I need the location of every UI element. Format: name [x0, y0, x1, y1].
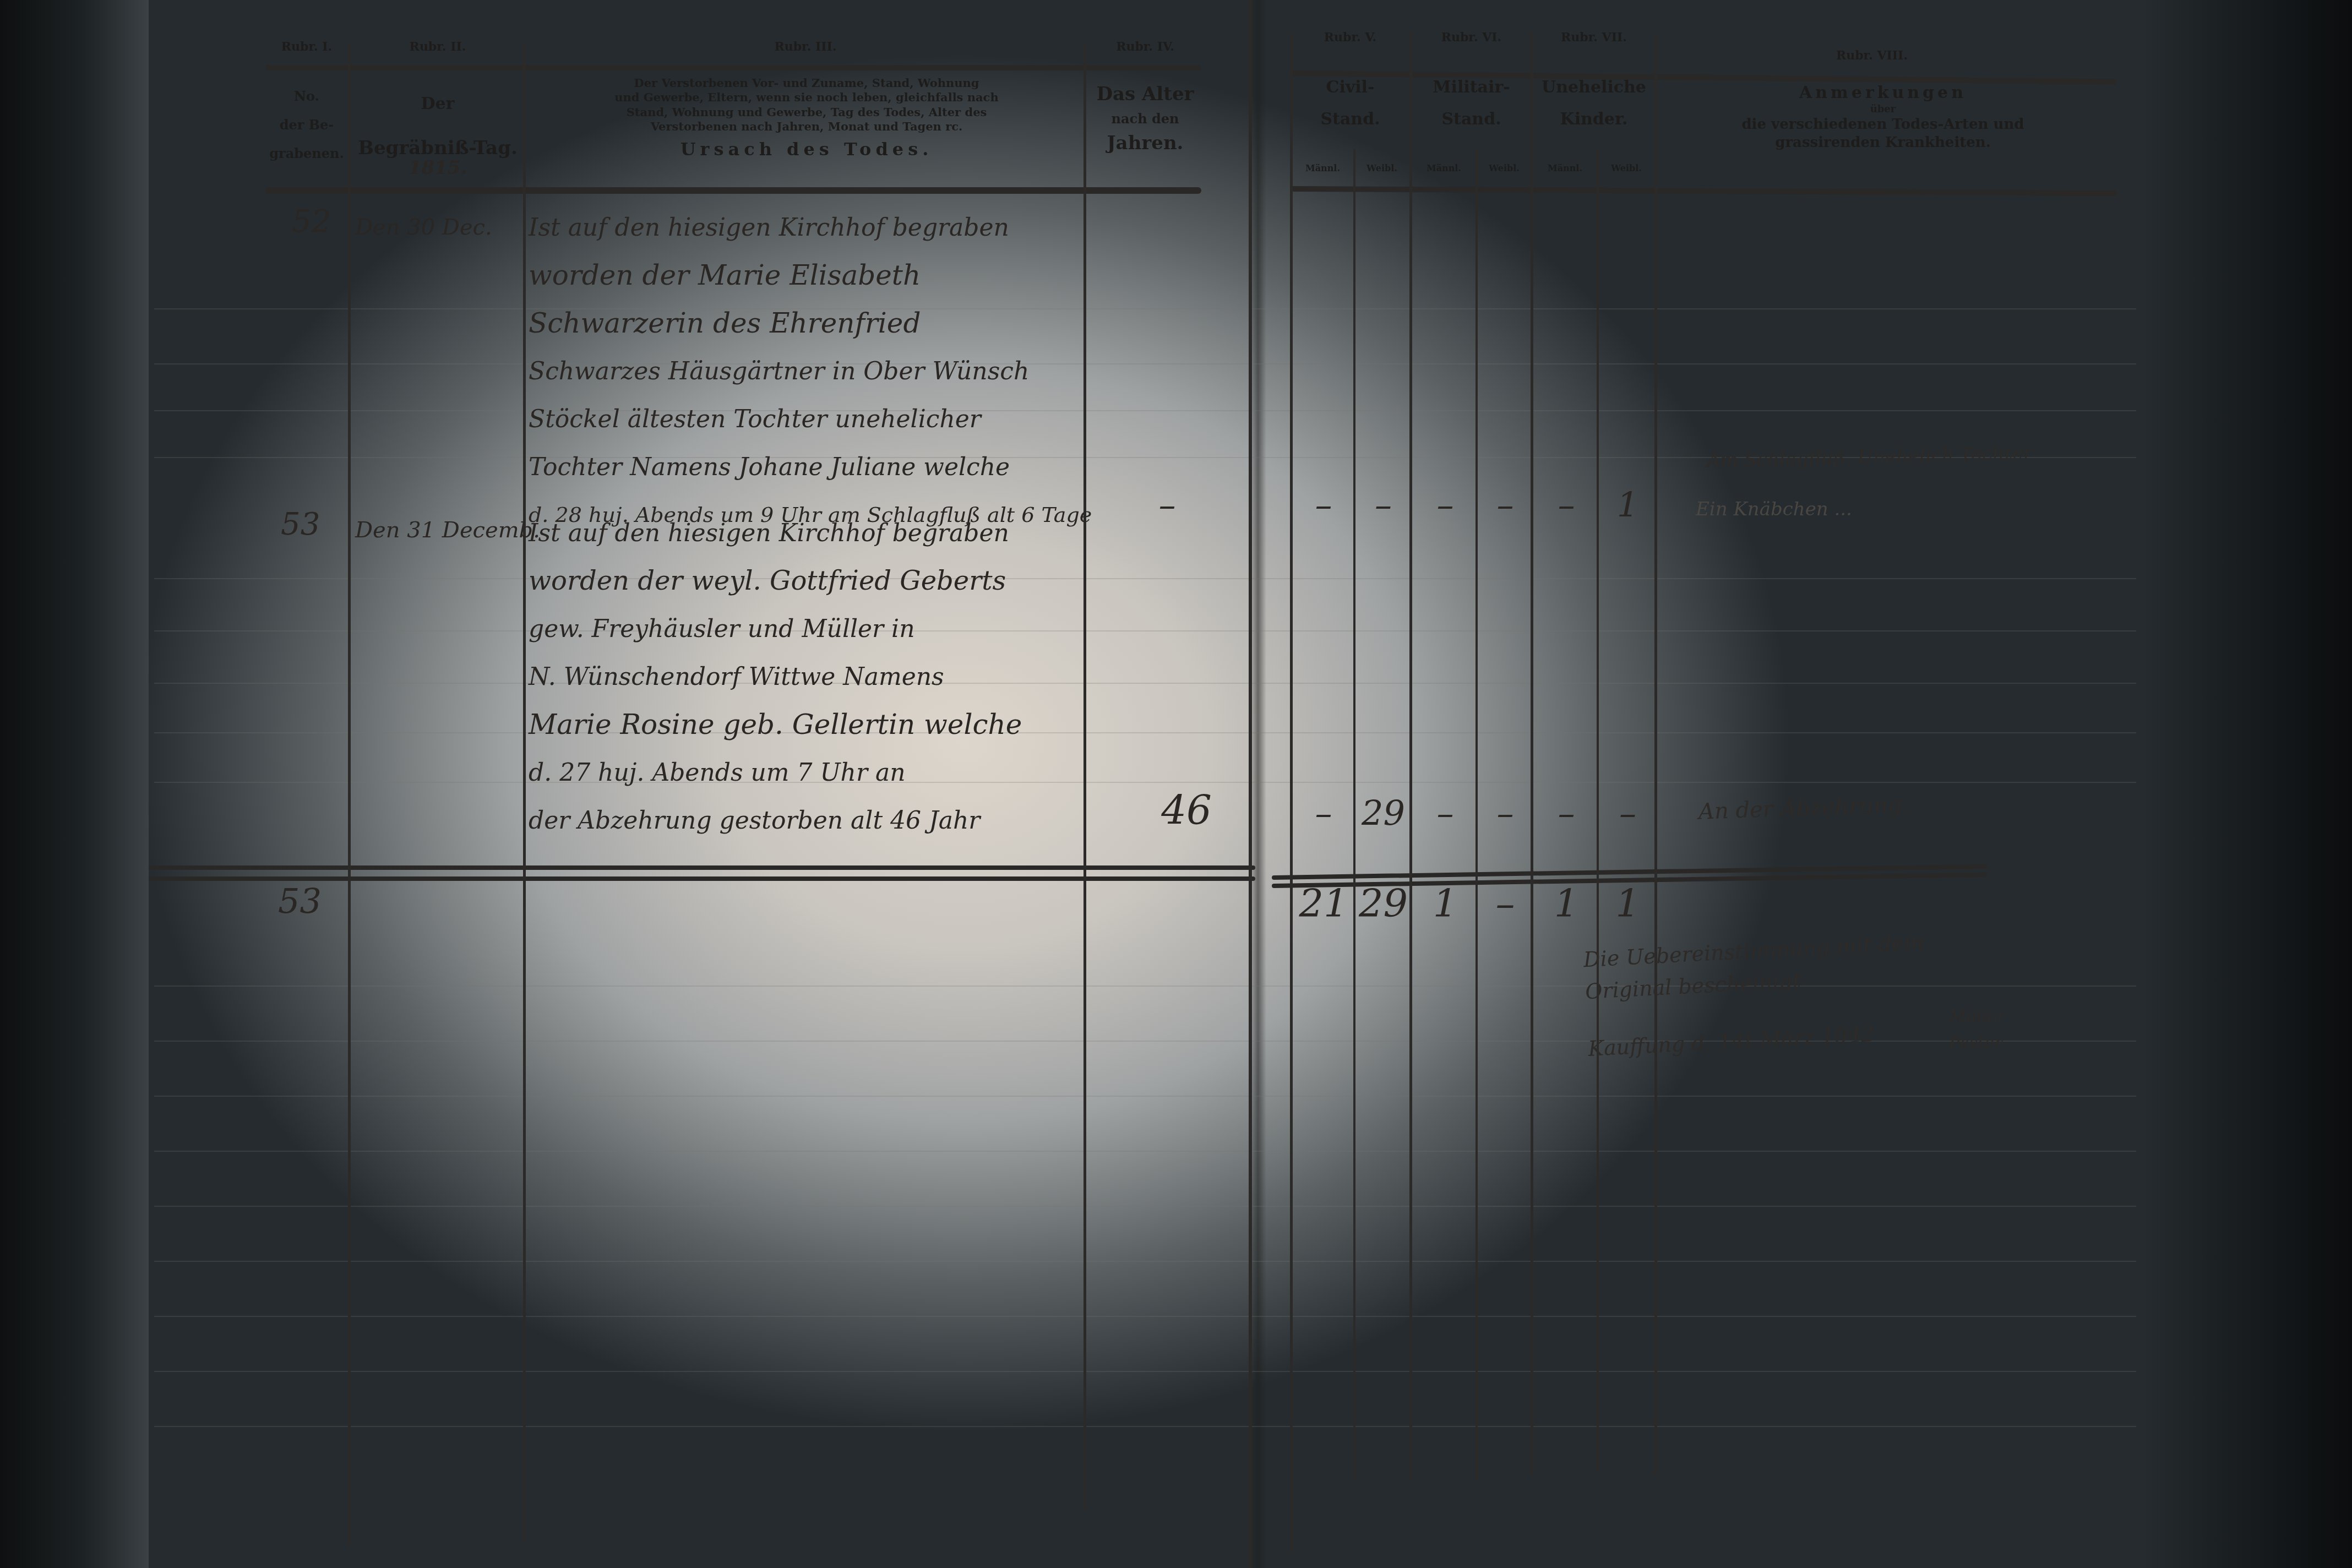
entry-53-text: Ist auf den hiesigen Kirchhof begraben w…: [529, 509, 1022, 845]
sub-civil-male: Männl.: [1291, 163, 1354, 174]
stat-cell: –: [1480, 881, 1531, 926]
signature: Müller Pastor: [1949, 1008, 2005, 1053]
stat-cell: 1: [1536, 881, 1597, 926]
entry-53-age: 46: [1145, 787, 1228, 834]
stat-cell: –: [1415, 484, 1476, 525]
certification-note: Die Uebereinstimmung mit dem Original be…: [1583, 930, 1929, 1061]
entry-53-number: 53: [281, 507, 320, 542]
sub-civil-female: Weibl.: [1354, 163, 1409, 174]
col-8-header: Anmerkungen über die verschiedenen Todes…: [1668, 83, 2098, 151]
rubric-5: Rubr. V.: [1291, 30, 1409, 46]
film-edge-left: [0, 0, 149, 1568]
entry-52-age: –: [1134, 484, 1200, 525]
rubric-4: Rubr. IV.: [1087, 40, 1203, 55]
stat-cell: –: [1480, 793, 1531, 833]
entry-52-burial-day: Den 30 Dec.: [355, 204, 492, 252]
stat-cell: 1: [1601, 881, 1654, 926]
stat-cell: 29: [1357, 881, 1409, 926]
col-6-header: Militair- Stand.: [1412, 77, 1531, 129]
col-4-header: Das Alter nach den Jahren.: [1087, 83, 1203, 155]
stat-cell: –: [1415, 793, 1476, 833]
stat-cell: –: [1294, 793, 1353, 833]
rubric-3: Rubr. III.: [527, 40, 1084, 55]
rubric-8: Rubr. VIII.: [1762, 48, 1982, 64]
register-scan: Rubr. I. Rubr. II. Rubr. III. Rubr. IV. …: [0, 0, 2352, 1568]
total-burials: 53: [278, 881, 322, 921]
entry-52-number: 52: [292, 204, 331, 239]
stat-cell: –: [1480, 484, 1531, 525]
col-7-header: Uneheliche Kinder.: [1533, 77, 1654, 129]
stat-cell: –: [1357, 484, 1409, 525]
entry-52-remark: Am Schlagfluß. Unehelich Tochter: [1707, 442, 2033, 472]
col-1-header: No. der Be- grabenen.: [265, 88, 348, 162]
entry-52-remark-2: Ein Knäbchen ...: [1696, 498, 1852, 520]
stat-cell: 1: [1601, 484, 1654, 525]
stat-cell: –: [1536, 793, 1597, 833]
sub-illegit-female: Weibl.: [1599, 163, 1654, 174]
stat-cell: 1: [1415, 881, 1476, 926]
stat-cell: –: [1536, 484, 1597, 525]
sub-military-female: Weibl.: [1478, 163, 1531, 174]
col-2-header: Der Begräbniß-Tag. 1815.: [352, 94, 523, 180]
stat-cell: 29: [1357, 793, 1409, 833]
entry-52-text: Ist auf den hiesigen Kirchhof begraben w…: [529, 204, 1092, 539]
col-3-header: Der Verstorbenen Vor- und Zuname, Stand,…: [531, 76, 1082, 160]
stat-cell: 21: [1294, 881, 1353, 926]
sub-military-male: Männl.: [1412, 163, 1476, 174]
stat-cell: –: [1601, 793, 1654, 833]
entry-53-remark: An der Abzehrung.: [1698, 792, 1909, 824]
stat-cell: –: [1294, 484, 1353, 525]
rubric-7: Rubr. VII.: [1533, 30, 1654, 46]
rubric-2: Rubr. II.: [352, 40, 523, 55]
year-note: 1815.: [352, 156, 523, 180]
rubric-6: Rubr. VI.: [1412, 30, 1531, 46]
sub-illegit-male: Männl.: [1533, 163, 1597, 174]
rubric-1: Rubr. I.: [265, 40, 348, 55]
book-gutter: [1250, 0, 1266, 1568]
film-edge-right: [2143, 0, 2352, 1568]
entry-53-burial-day: Den 31 Decemb.: [355, 507, 540, 554]
col-5-header: Civil- Stand.: [1291, 77, 1409, 129]
